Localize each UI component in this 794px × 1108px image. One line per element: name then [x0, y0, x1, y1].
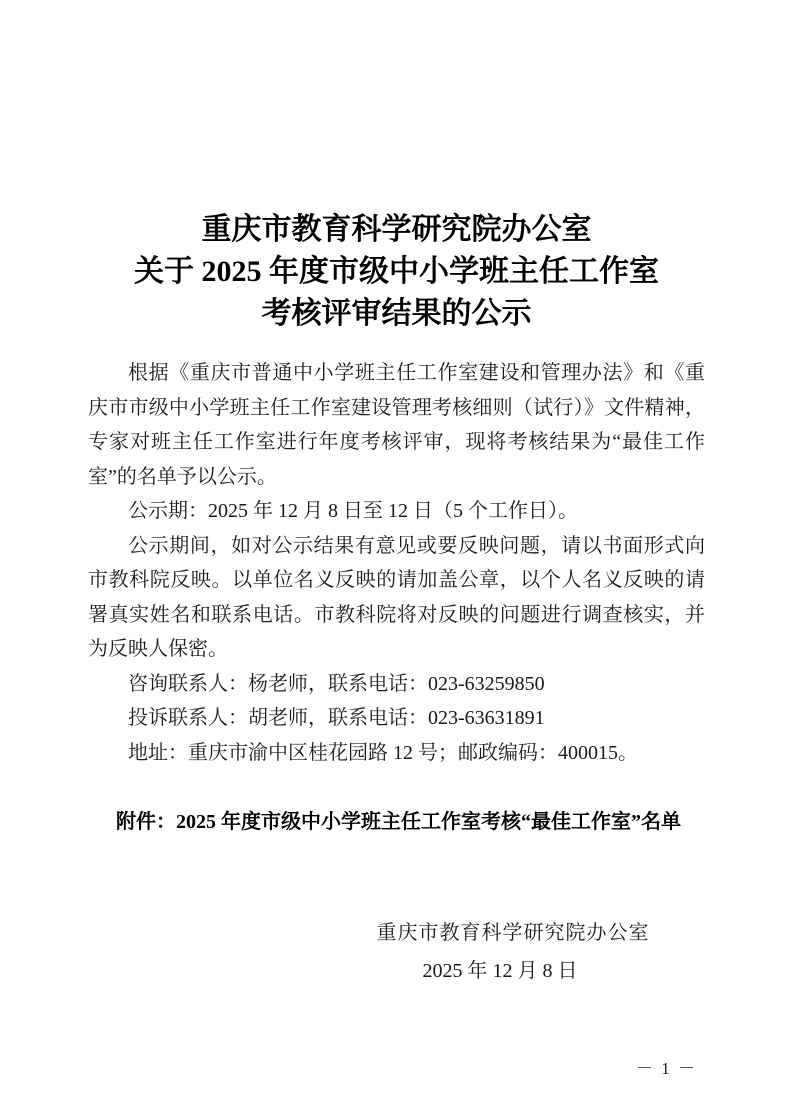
paragraph-basis: 根据《重庆市普通中小学班主任工作室建设和管理办法》和《重庆市市级中小学班主任工作…	[88, 356, 705, 494]
signature-organization: 重庆市教育科学研究院办公室	[88, 914, 705, 952]
contact-line-address: 地址：重庆市渝中区桂花园路 12 号；邮政编码：400015。	[88, 736, 705, 771]
title-line-org: 重庆市教育科学研究院办公室	[88, 209, 705, 251]
title-line-type: 考核评审结果的公示	[88, 293, 705, 335]
paragraph-publicity-period: 公示期：2025 年 12 月 8 日至 12 日（5 个工作日）。	[88, 494, 705, 529]
document-page: 重庆市教育科学研究院办公室 关于 2025 年度市级中小学班主任工作室 考核评审…	[0, 0, 794, 1108]
contact-line-complaint: 投诉联系人：胡老师，联系电话：023-63631891	[88, 701, 705, 736]
document-body: 根据《重庆市普通中小学班主任工作室建设和管理办法》和《重庆市市级中小学班主任工作…	[88, 356, 705, 770]
title-line-subject: 关于 2025 年度市级中小学班主任工作室	[88, 251, 705, 293]
paragraph-feedback-instructions: 公示期间，如对公示结果有意见或要反映问题，请以书面形式向市教科院反映。以单位名义…	[88, 529, 705, 667]
document-title: 重庆市教育科学研究院办公室 关于 2025 年度市级中小学班主任工作室 考核评审…	[88, 209, 705, 335]
signature-date: 2025 年 12 月 8 日	[88, 952, 705, 990]
contact-line-consultation: 咨询联系人：杨老师，联系电话：023-63259850	[88, 667, 705, 702]
page-number: － 1 －	[636, 1054, 697, 1079]
signature-block: 重庆市教育科学研究院办公室 2025 年 12 月 8 日	[88, 914, 705, 990]
attachment-note: 附件：2025 年度市级中小学班主任工作室考核“最佳工作室”名单	[88, 805, 705, 840]
